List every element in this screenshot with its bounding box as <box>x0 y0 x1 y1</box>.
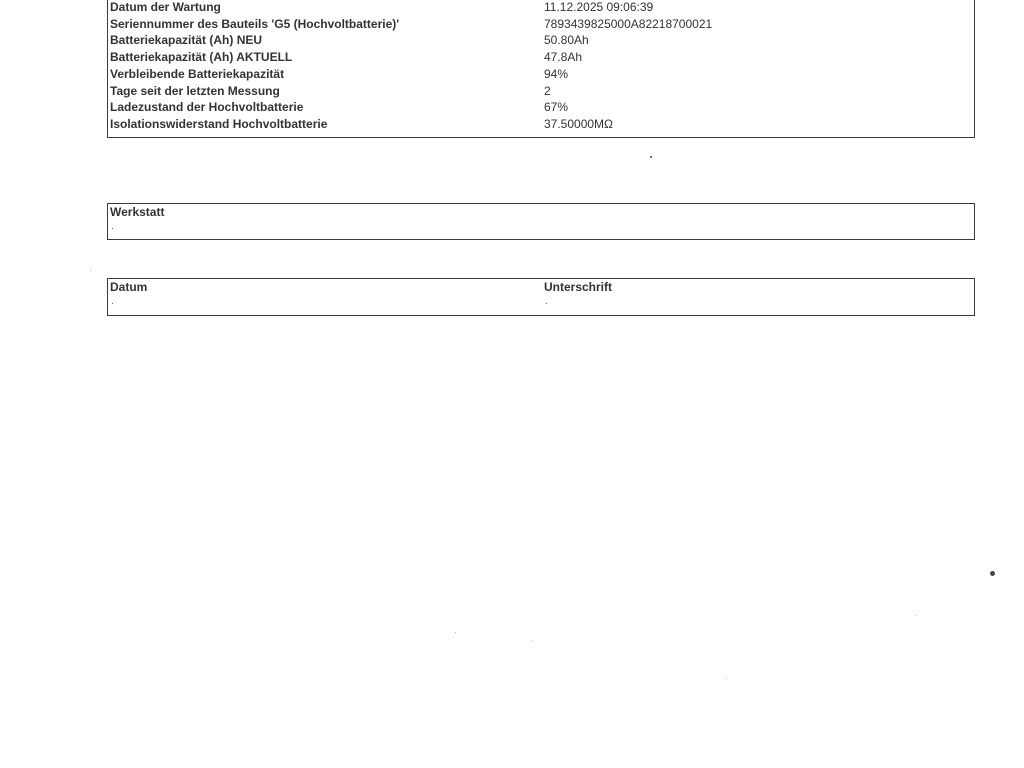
scan-speck <box>650 156 652 158</box>
date-label: Datum <box>110 280 147 294</box>
label-capacity-current: Batteriekapazität (Ah) AKTUELL <box>110 49 292 65</box>
row-serial-number: Seriennummer des Bauteils 'G5 (Hochvoltb… <box>108 16 974 33</box>
value-capacity-current: 47.8Ah <box>544 49 582 65</box>
label-maintenance-date: Datum der Wartung <box>110 0 221 15</box>
workshop-value: . <box>111 221 114 232</box>
signature-value: . <box>545 296 548 307</box>
scan-speck <box>455 632 456 633</box>
row-maintenance-date: Datum der Wartung 11.12.2025 09:06:39 <box>108 0 974 16</box>
label-capacity-new: Batteriekapazität (Ah) NEU <box>110 32 262 48</box>
workshop-field: Werkstatt . <box>107 203 975 240</box>
row-capacity-current: Batteriekapazität (Ah) AKTUELL 47.8Ah <box>108 49 974 66</box>
scan-speck <box>990 571 995 576</box>
battery-data-table: Datum der Wartung 11.12.2025 09:06:39 Se… <box>107 0 975 138</box>
signature-label: Unterschrift <box>544 280 612 294</box>
value-days-since-measurement: 2 <box>544 83 551 99</box>
value-serial-number: 7893439825000A82218700021 <box>544 16 712 32</box>
value-capacity-new: 50.80Ah <box>544 32 589 48</box>
row-capacity-new: Batteriekapazität (Ah) NEU 50.80Ah <box>108 32 974 49</box>
date-signature-field: Datum . Unterschrift . <box>107 278 975 316</box>
value-insulation-resistance: 37.50000MΩ <box>544 116 613 132</box>
scan-speck <box>726 678 727 679</box>
label-insulation-resistance: Isolationswiderstand Hochvoltbatterie <box>110 116 327 132</box>
row-days-since-measurement: Tage seit der letzten Messung 2 <box>108 83 974 100</box>
workshop-label: Werkstatt <box>110 205 164 219</box>
date-value: . <box>111 296 114 307</box>
row-state-of-charge: Ladezustand der Hochvoltbatterie 67% <box>108 99 974 116</box>
label-remaining-capacity: Verbleibende Batteriekapazität <box>110 66 284 82</box>
scan-speck <box>915 615 916 616</box>
row-insulation-resistance: Isolationswiderstand Hochvoltbatterie 37… <box>108 116 974 133</box>
scan-speck <box>532 640 533 641</box>
scan-speck <box>90 270 91 271</box>
label-serial-number: Seriennummer des Bauteils 'G5 (Hochvoltb… <box>110 16 399 32</box>
row-remaining-capacity: Verbleibende Batteriekapazität 94% <box>108 66 974 83</box>
label-state-of-charge: Ladezustand der Hochvoltbatterie <box>110 99 303 115</box>
label-days-since-measurement: Tage seit der letzten Messung <box>110 83 280 99</box>
value-remaining-capacity: 94% <box>544 66 568 82</box>
value-state-of-charge: 67% <box>544 99 568 115</box>
value-maintenance-date: 11.12.2025 09:06:39 <box>544 0 653 15</box>
